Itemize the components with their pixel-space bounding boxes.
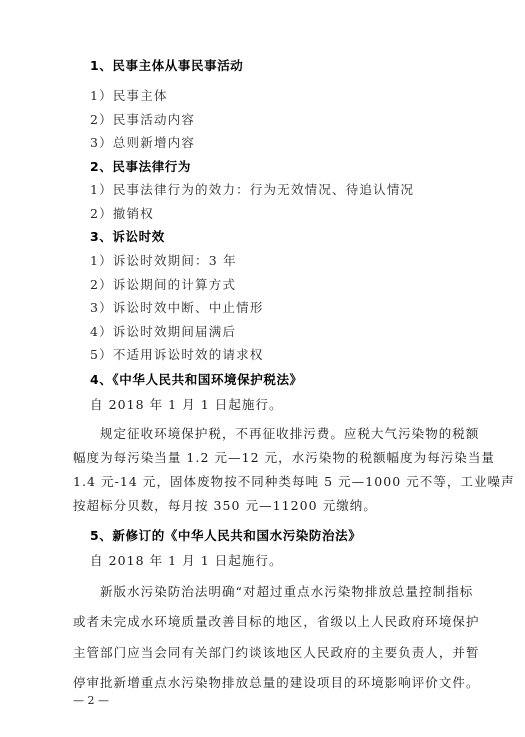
section-heading: 4、《中华人民共和国环境保护税法》 <box>90 372 303 388</box>
list-item: 2）诉讼期间的计算方式 <box>90 277 236 293</box>
section-heading: 1、民事主体从事民事活动 <box>90 58 243 74</box>
paragraph-line: 自 2018 年 1 月 1 日起施行。 <box>90 553 283 569</box>
list-item: 1）诉讼时效期间：3 年 <box>90 253 237 269</box>
paragraph-line: 1.4 元-14 元，固体废物按不同种类每吨 5 元—1000 元不等，工业噪声 <box>73 474 515 490</box>
paragraph-line: 规定征收环境保护税，不再征收排污费。应税大气污染物的税额 <box>100 426 479 442</box>
list-item: 5）不适用诉讼时效的请求权 <box>90 347 264 363</box>
paragraph-line: 主管部门应当会同有关部门约谈该地区人民政府的主要负责人，并暂 <box>73 645 480 661</box>
list-item: 4）诉讼时效期间届满后 <box>90 324 236 340</box>
paragraph-line: 幅度为每污染当量 1.2 元—12 元，水污染物的税额幅度为每污染当量 <box>73 450 495 466</box>
paragraph-line: 新版水污染防治法明确“对超过重点水污染物排放总量控制指标 <box>100 584 473 600</box>
paragraph-line: 停审批新增重点水污染物排放总量的建设项目的环境影响评价文件。 <box>73 675 480 691</box>
paragraph-line: 自 2018 年 1 月 1 日起施行。 <box>90 397 283 413</box>
list-item: 2）民事活动内容 <box>90 112 195 128</box>
list-item: 2）撤销权 <box>90 206 154 222</box>
list-item: 1）民事主体 <box>90 88 168 104</box>
paragraph-line: 按超标分贝数，每月按 350 元—11200 元缴纳。 <box>73 498 377 514</box>
section-heading: 3、诉讼时效 <box>90 229 165 245</box>
page-number: — 2 — <box>73 695 109 707</box>
list-item: 1）民事法律行为的效力：行为无效情况、待追认情况 <box>90 182 414 198</box>
section-heading: 2、民事法律行为 <box>90 159 191 175</box>
list-item: 3）总则新增内容 <box>90 135 195 151</box>
list-item: 3）诉讼时效中断、中止情形 <box>90 300 264 316</box>
document-page: 1、民事主体从事民事活动 1）民事主体 2）民事活动内容 3）总则新增内容 2、… <box>0 0 525 737</box>
section-heading: 5、新修订的《中华人民共和国水污染防治法》 <box>90 528 361 544</box>
paragraph-line: 或者未完成水环境质量改善目标的地区，省级以上人民政府环境保护 <box>73 614 480 630</box>
